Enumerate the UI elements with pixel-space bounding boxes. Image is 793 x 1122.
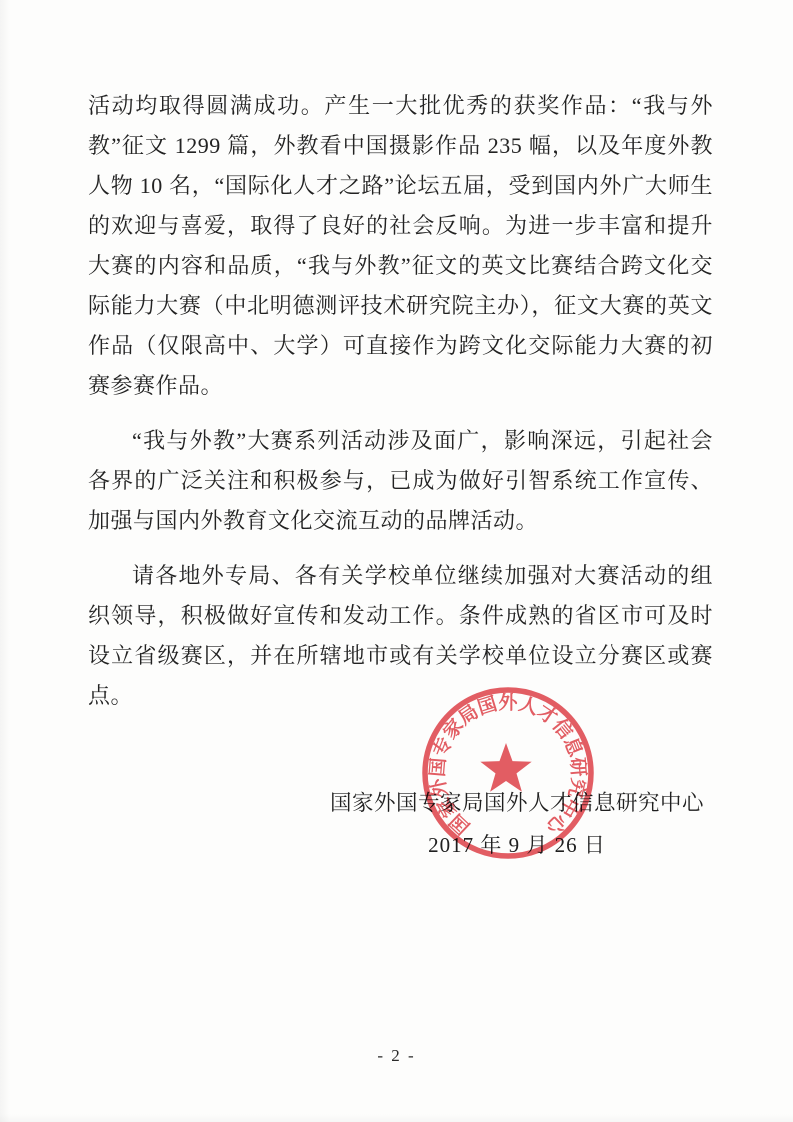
document-body-text: 活动均取得圆满成功。产生一大批优秀的获奖作品：“我与外教”征文 1299 篇，外… — [88, 86, 713, 731]
signature-organization: 国家外国专家局国外人才信息研究中心 — [328, 789, 706, 817]
signature-date: 2017 年 9 月 26 日 — [328, 831, 706, 859]
scan-edge-shading-bottom — [0, 1114, 793, 1122]
paragraph-2: “我与外教”大赛系列活动涉及面广，影响深远，引起社会各界的广泛关注和积极参与，已… — [88, 421, 713, 541]
scan-edge-shading-left — [0, 0, 10, 1122]
signature-block: 国家外国专家局国外人才信息研究中心 2017 年 9 月 26 日 — [328, 789, 706, 859]
paragraph-1: 活动均取得圆满成功。产生一大批优秀的获奖作品：“我与外教”征文 1299 篇，外… — [88, 86, 713, 406]
paragraph-3: 请各地外专局、各有关学校单位继续加强对大赛活动的组织领导，积极做好宣传和发动工作… — [88, 556, 713, 716]
seal-star-icon — [480, 743, 531, 792]
page-number: - 2 - — [0, 1046, 793, 1066]
scanned-document-page: { "document": { "paragraphs": [ { "inden… — [0, 0, 793, 1122]
